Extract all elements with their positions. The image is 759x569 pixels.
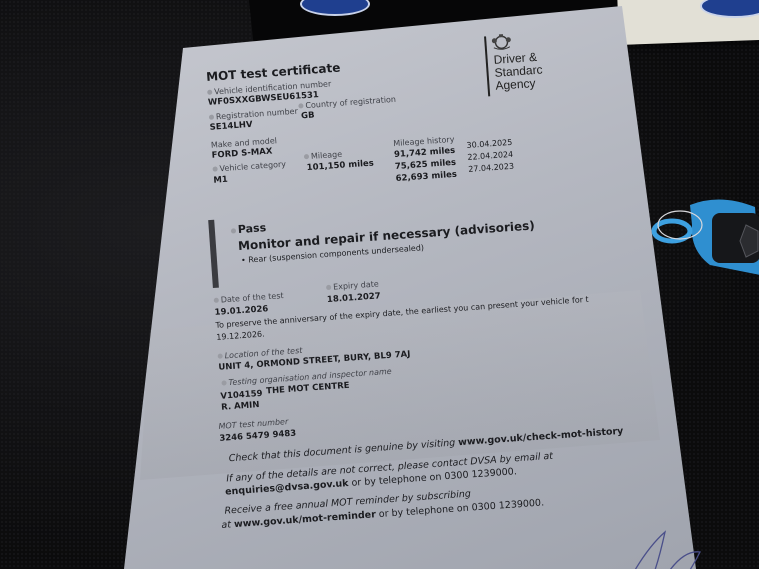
registration-icon [209,115,214,120]
vehicle-category-value: M1 [213,175,228,186]
pass-icon [231,228,236,233]
vin-icon [207,90,212,95]
country-value: GB [301,111,315,122]
car-key-fob [650,195,759,279]
mileage-icon [304,154,309,159]
reminder-at-text: at [221,519,231,531]
photo-scene: MOT test certificate Driver & Standarc A… [0,0,759,569]
inspector-icon [221,380,226,385]
location-icon [218,353,223,358]
result-status: Pass [230,221,266,236]
dvsa-name-line3: Agency [495,77,536,93]
signature [630,530,720,569]
country-icon [298,103,303,108]
royal-crest-icon [490,33,513,52]
result-status-text: Pass [237,221,266,236]
calendar-icon [214,298,219,303]
calendar-icon [326,285,331,290]
category-icon [212,166,217,171]
